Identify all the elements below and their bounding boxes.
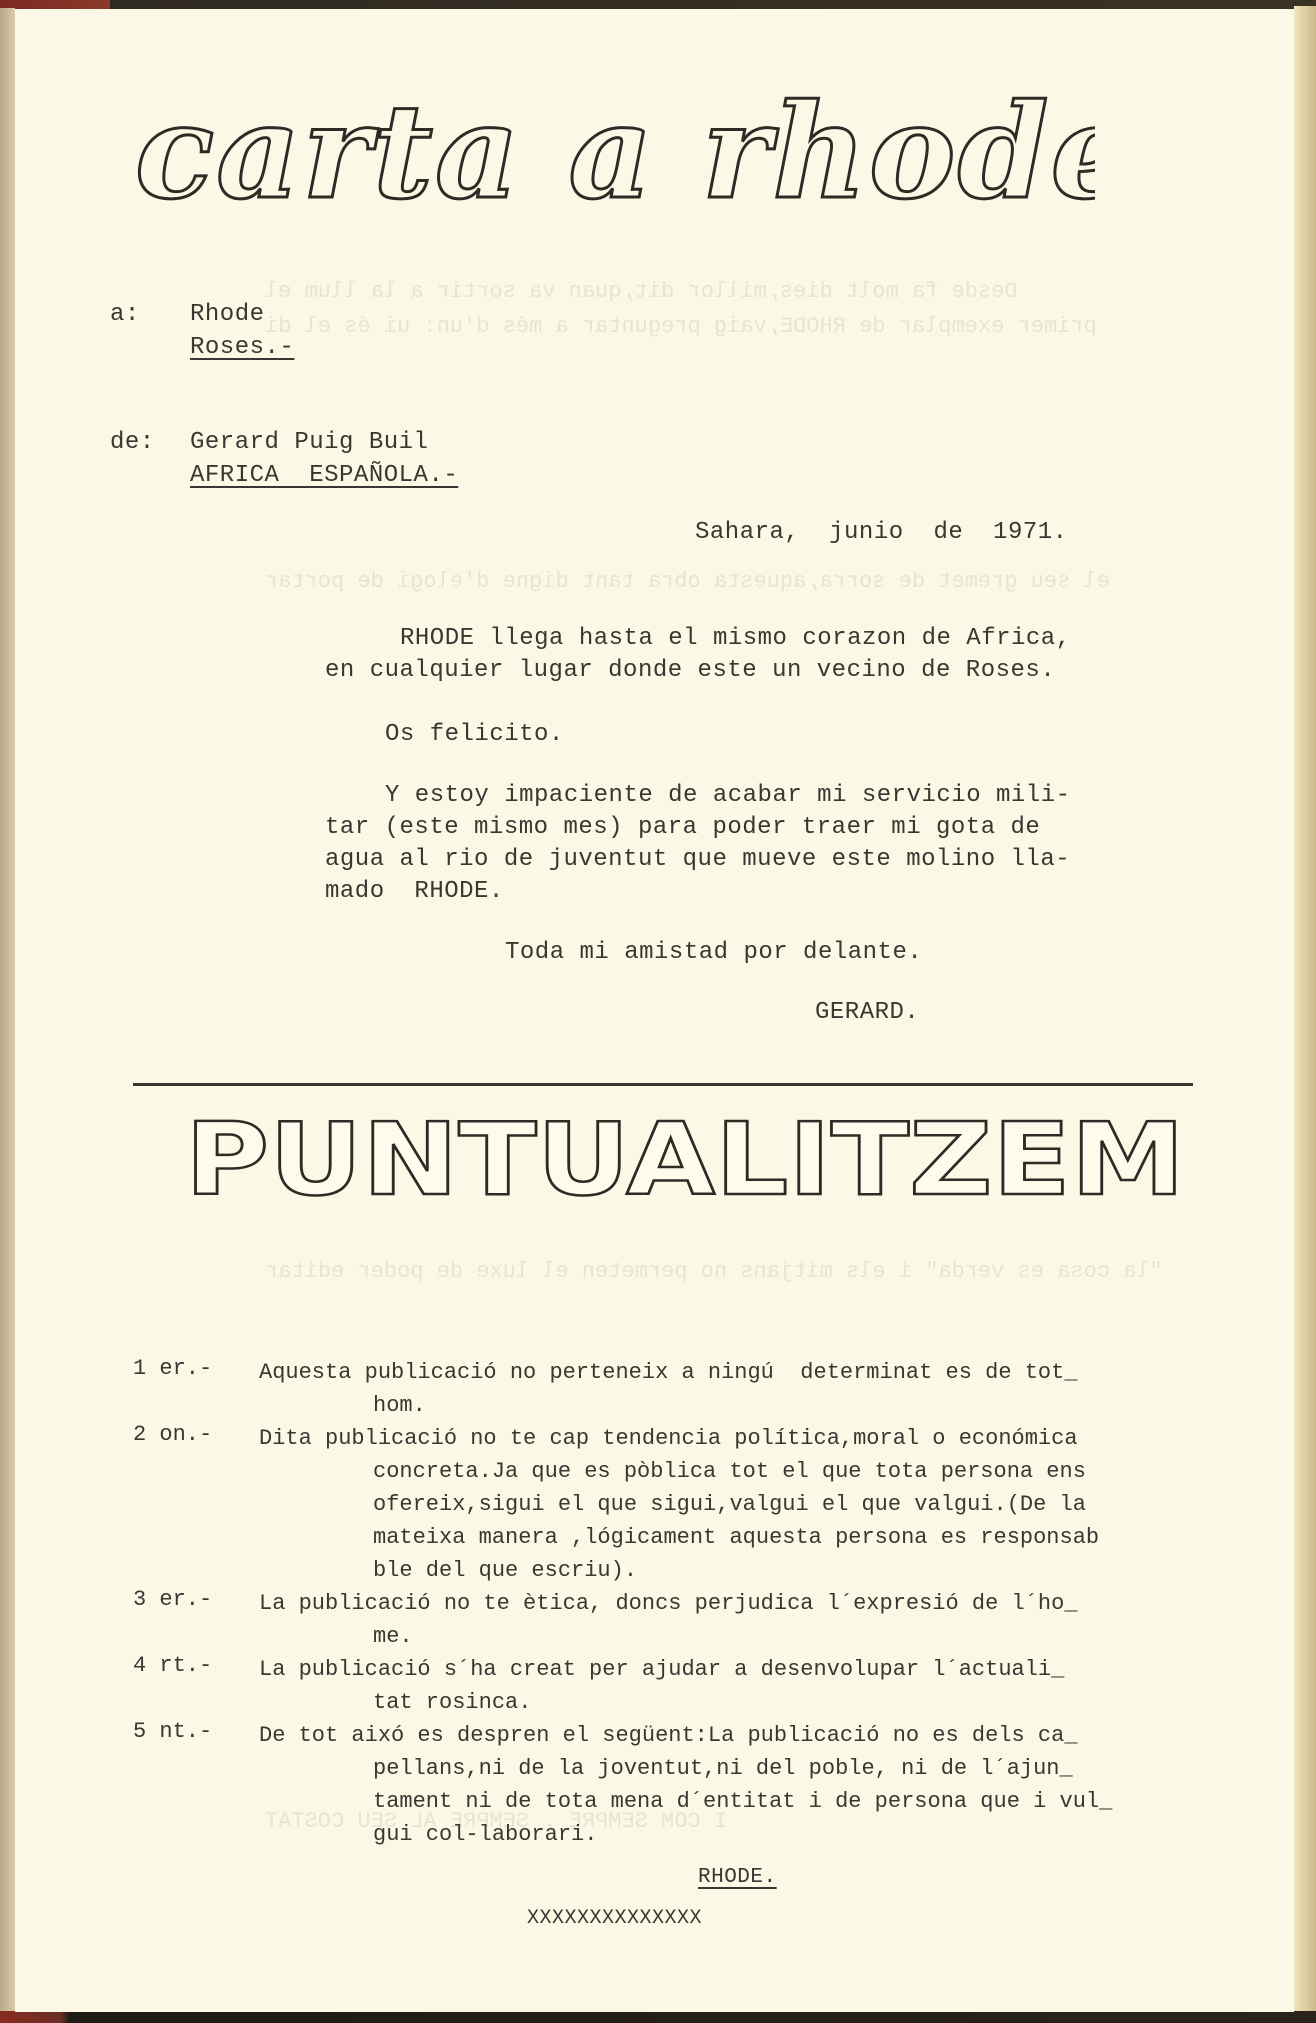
point-number: 3 er.- bbox=[133, 1587, 212, 1612]
to-label: a: bbox=[110, 301, 140, 328]
point-number: 2 on.- bbox=[133, 1422, 212, 1447]
list-item: 2 on.-Dita publicació no te cap tendenci… bbox=[133, 1422, 1213, 1587]
closing-mark: XXXXXXXXXXXXXX bbox=[527, 1907, 702, 1930]
letter-line: tar (este mismo mes) para poder traer mi… bbox=[325, 814, 1040, 841]
point-line: pellans,ni de la joventut,ni del poble, … bbox=[133, 1752, 1213, 1785]
letter-line: mado RHODE. bbox=[325, 878, 504, 905]
document-page: Desde fa molt dies,millor dit,quan va so… bbox=[15, 9, 1294, 2012]
point-line: ofereix,sigui el que sigui,valgui el que… bbox=[133, 1488, 1213, 1521]
point-line: concreta.Ja que es pòblica tot el que to… bbox=[133, 1455, 1213, 1488]
point-line: De tot aixó es despren el següent:La pub… bbox=[133, 1719, 1213, 1752]
section-heading: PUNTUALITZEM bbox=[180, 1114, 1190, 1204]
point-line: gui col-laborari. bbox=[133, 1818, 1213, 1851]
point-line: me. bbox=[133, 1620, 1213, 1653]
letter-line: Y estoy impaciente de acabar mi servicio… bbox=[385, 782, 1071, 809]
page-stack-edge bbox=[1294, 6, 1316, 2014]
point-number: 4 rt.- bbox=[133, 1653, 212, 1678]
sender-name: Gerard Puig Buil bbox=[190, 429, 428, 456]
letter-signature: GERARD. bbox=[815, 999, 919, 1026]
footer-signature: RHODE. bbox=[698, 1866, 777, 1889]
point-line: tament ni de tota mena d´entitat i de pe… bbox=[133, 1785, 1213, 1818]
point-line: hom. bbox=[133, 1389, 1213, 1422]
from-label: de: bbox=[110, 429, 155, 456]
bleed-through-text: "la cosa es verda" i els mitjans no perm… bbox=[265, 1259, 1163, 1284]
bleed-through-text: el seu gremet de sorra,aquesta obra tant… bbox=[265, 569, 1110, 594]
point-line: Aquesta publicació no perteneix a ningú … bbox=[133, 1356, 1213, 1389]
letter-line: RHODE llega hasta el mismo corazon de Af… bbox=[400, 625, 1071, 652]
list-item: 1 er.-Aquesta publicació no perteneix a … bbox=[133, 1356, 1213, 1422]
point-line: La publicació s´ha creat per ajudar a de… bbox=[133, 1653, 1213, 1686]
letter-line: en cualquier lugar donde este un vecino … bbox=[325, 657, 1055, 684]
list-item: 3 er.-La publicació no te ètica, doncs p… bbox=[133, 1587, 1213, 1653]
svg-text:carta a rhode: carta a rhode bbox=[135, 79, 1095, 228]
list-item: 5 nt.-De tot aixó es despren el següent:… bbox=[133, 1719, 1213, 1851]
letter-line: agua al rio de juventut que mueve este m… bbox=[325, 846, 1070, 873]
point-line: mateixa manera ,lógicament aquesta perso… bbox=[133, 1521, 1213, 1554]
svg-text:PUNTUALITZEM: PUNTUALITZEM bbox=[185, 1114, 1185, 1204]
bleed-through-text: primer exemplar de RHODE,vaig preguntar … bbox=[265, 314, 1097, 339]
letter-closing: Toda mi amistad por delante. bbox=[505, 939, 922, 966]
list-item: 4 rt.-La publicació s´ha creat per ajuda… bbox=[133, 1653, 1213, 1719]
point-line: Dita publicació no te cap tendencia polí… bbox=[133, 1422, 1213, 1455]
page-title: carta a rhode bbox=[135, 79, 1095, 229]
recipient-name: Rhode bbox=[190, 301, 265, 328]
point-line: ble del que escriu). bbox=[133, 1554, 1213, 1587]
points-list: 1 er.-Aquesta publicació no perteneix a … bbox=[133, 1356, 1213, 1851]
sender-place: AFRICA ESPAÑOLA.- bbox=[190, 462, 458, 489]
bleed-through-text: Desde fa molt dies,millor dit,quan va so… bbox=[265, 279, 1018, 304]
point-line: La publicació no te ètica, doncs perjudi… bbox=[133, 1587, 1213, 1620]
book-bottom-edge bbox=[0, 2011, 1316, 2023]
point-number: 5 nt.- bbox=[133, 1719, 212, 1744]
point-line: tat rosinca. bbox=[133, 1686, 1213, 1719]
section-divider bbox=[133, 1083, 1193, 1086]
dateline: Sahara, junio de 1971. bbox=[695, 519, 1068, 546]
book-binding bbox=[0, 8, 15, 2013]
point-number: 1 er.- bbox=[133, 1356, 212, 1381]
recipient-place: Roses.- bbox=[190, 334, 294, 361]
letter-line: Os felicito. bbox=[385, 721, 564, 748]
